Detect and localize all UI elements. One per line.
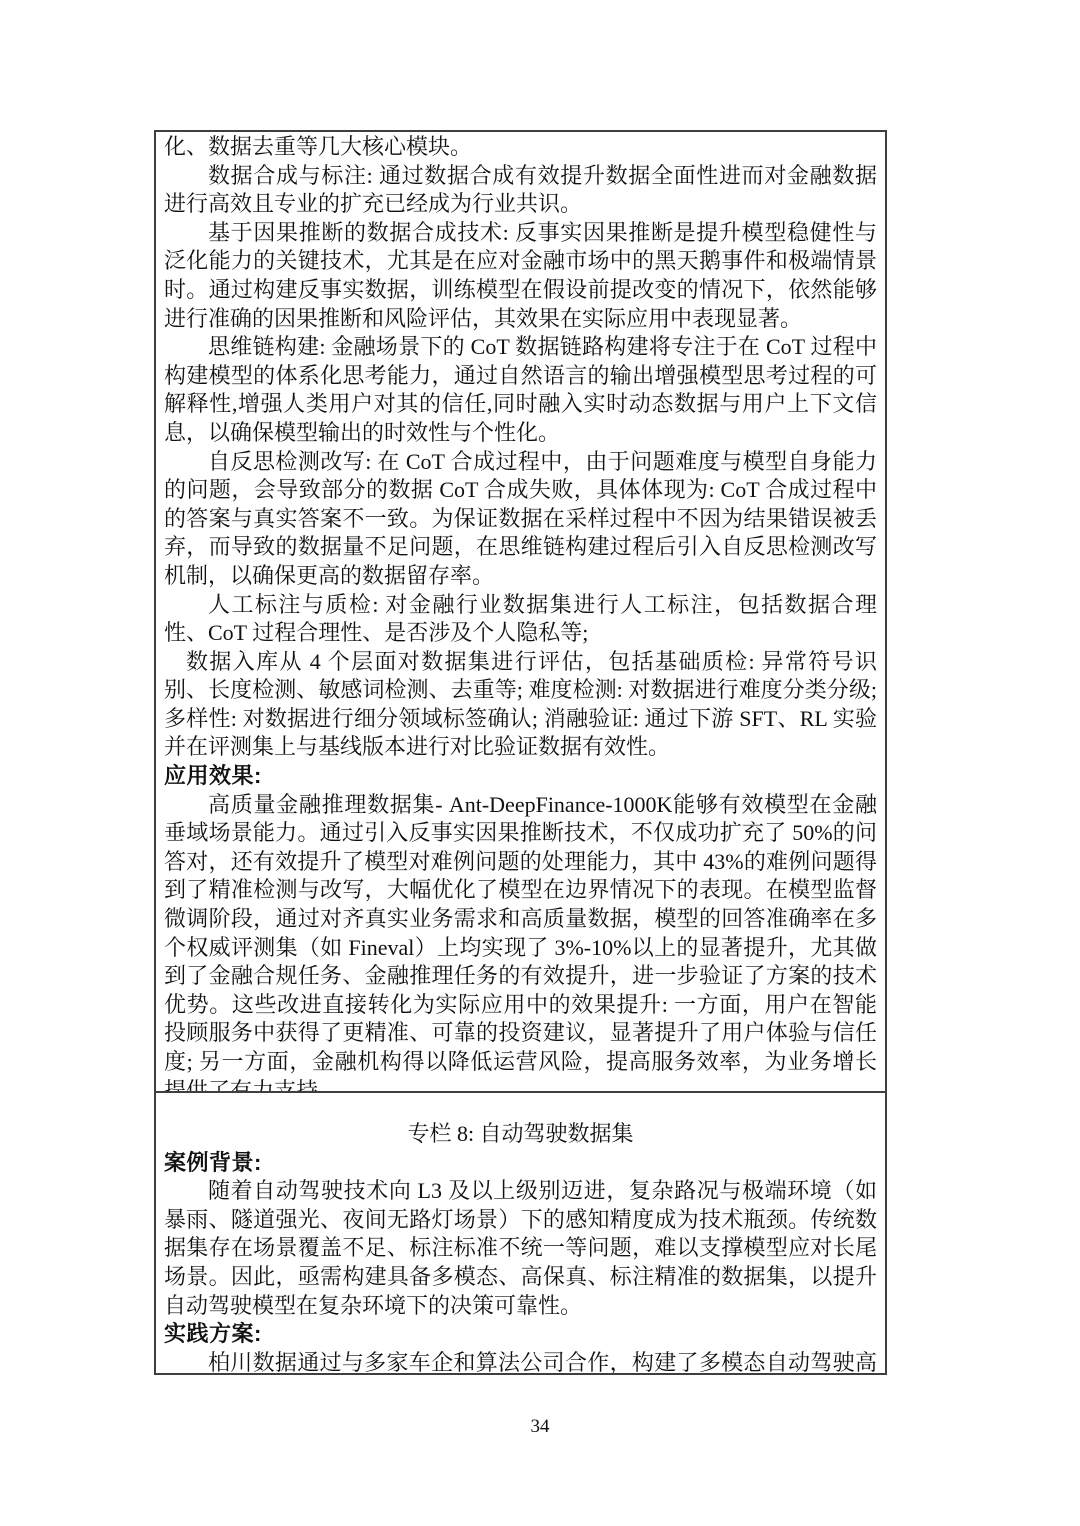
case7-financial-dataset-cell: 化、数据去重等几大核心模块。 数据合成与标注: 通过数据合成有效提升数据全面性进… — [156, 132, 885, 1091]
paragraph-causal-inference: 基于因果推断的数据合成技术: 反事实因果推断是提升模型稳健性与泛化能力的关键技术… — [164, 219, 877, 333]
paragraph-self-reflection: 自反思检测改写: 在 CoT 合成过程中，由于问题难度与模型自身能力的问题，会导… — [164, 448, 877, 591]
paragraph-data-synthesis: 数据合成与标注: 通过数据合成有效提升数据全面性进而对金融数据进行高效且专业的扩… — [164, 162, 877, 219]
section-label-practice-plan: 实践方案: — [164, 1320, 877, 1349]
section-label-application-effect: 应用效果: — [164, 762, 877, 791]
paragraph-manual-annotation: 人工标注与质检: 对金融行业数据集进行人工标注，包括数据合理性、CoT 过程合理… — [164, 591, 877, 648]
paragraph-practice-plan: 柏川数据通过与多家车企和算法公司合作，构建了多模态自动驾驶高质 — [164, 1349, 877, 1373]
case-study-table: 化、数据去重等几大核心模块。 数据合成与标注: 通过数据合成有效提升数据全面性进… — [154, 130, 887, 1375]
page-number: 34 — [0, 1416, 1080, 1438]
paragraph-case-background: 随着自动驾驶技术向 L3 及以上级别迈进，复杂路况与极端环境（如暴雨、隧道强光、… — [164, 1177, 877, 1320]
case8-autonomous-driving-cell: 专栏 8: 自动驾驶数据集 案例背景: 随着自动驾驶技术向 L3 及以上级别迈进… — [156, 1091, 885, 1373]
paragraph-continued: 化、数据去重等几大核心模块。 — [164, 133, 877, 162]
case8-title: 专栏 8: 自动驾驶数据集 — [164, 1120, 877, 1149]
paragraph-application-effect: 高质量金融推理数据集- Ant-DeepFinance-1000K能够有效模型在… — [164, 791, 877, 1091]
section-label-case-background: 案例背景: — [164, 1149, 877, 1178]
paragraph-data-warehousing: 数据入库从 4 个层面对数据集进行评估，包括基础质检: 异常符号识别、长度检测、… — [164, 648, 877, 762]
paragraph-cot-construction: 思维链构建: 金融场景下的 CoT 数据链路构建将专注于在 CoT 过程中构建模… — [164, 333, 877, 447]
